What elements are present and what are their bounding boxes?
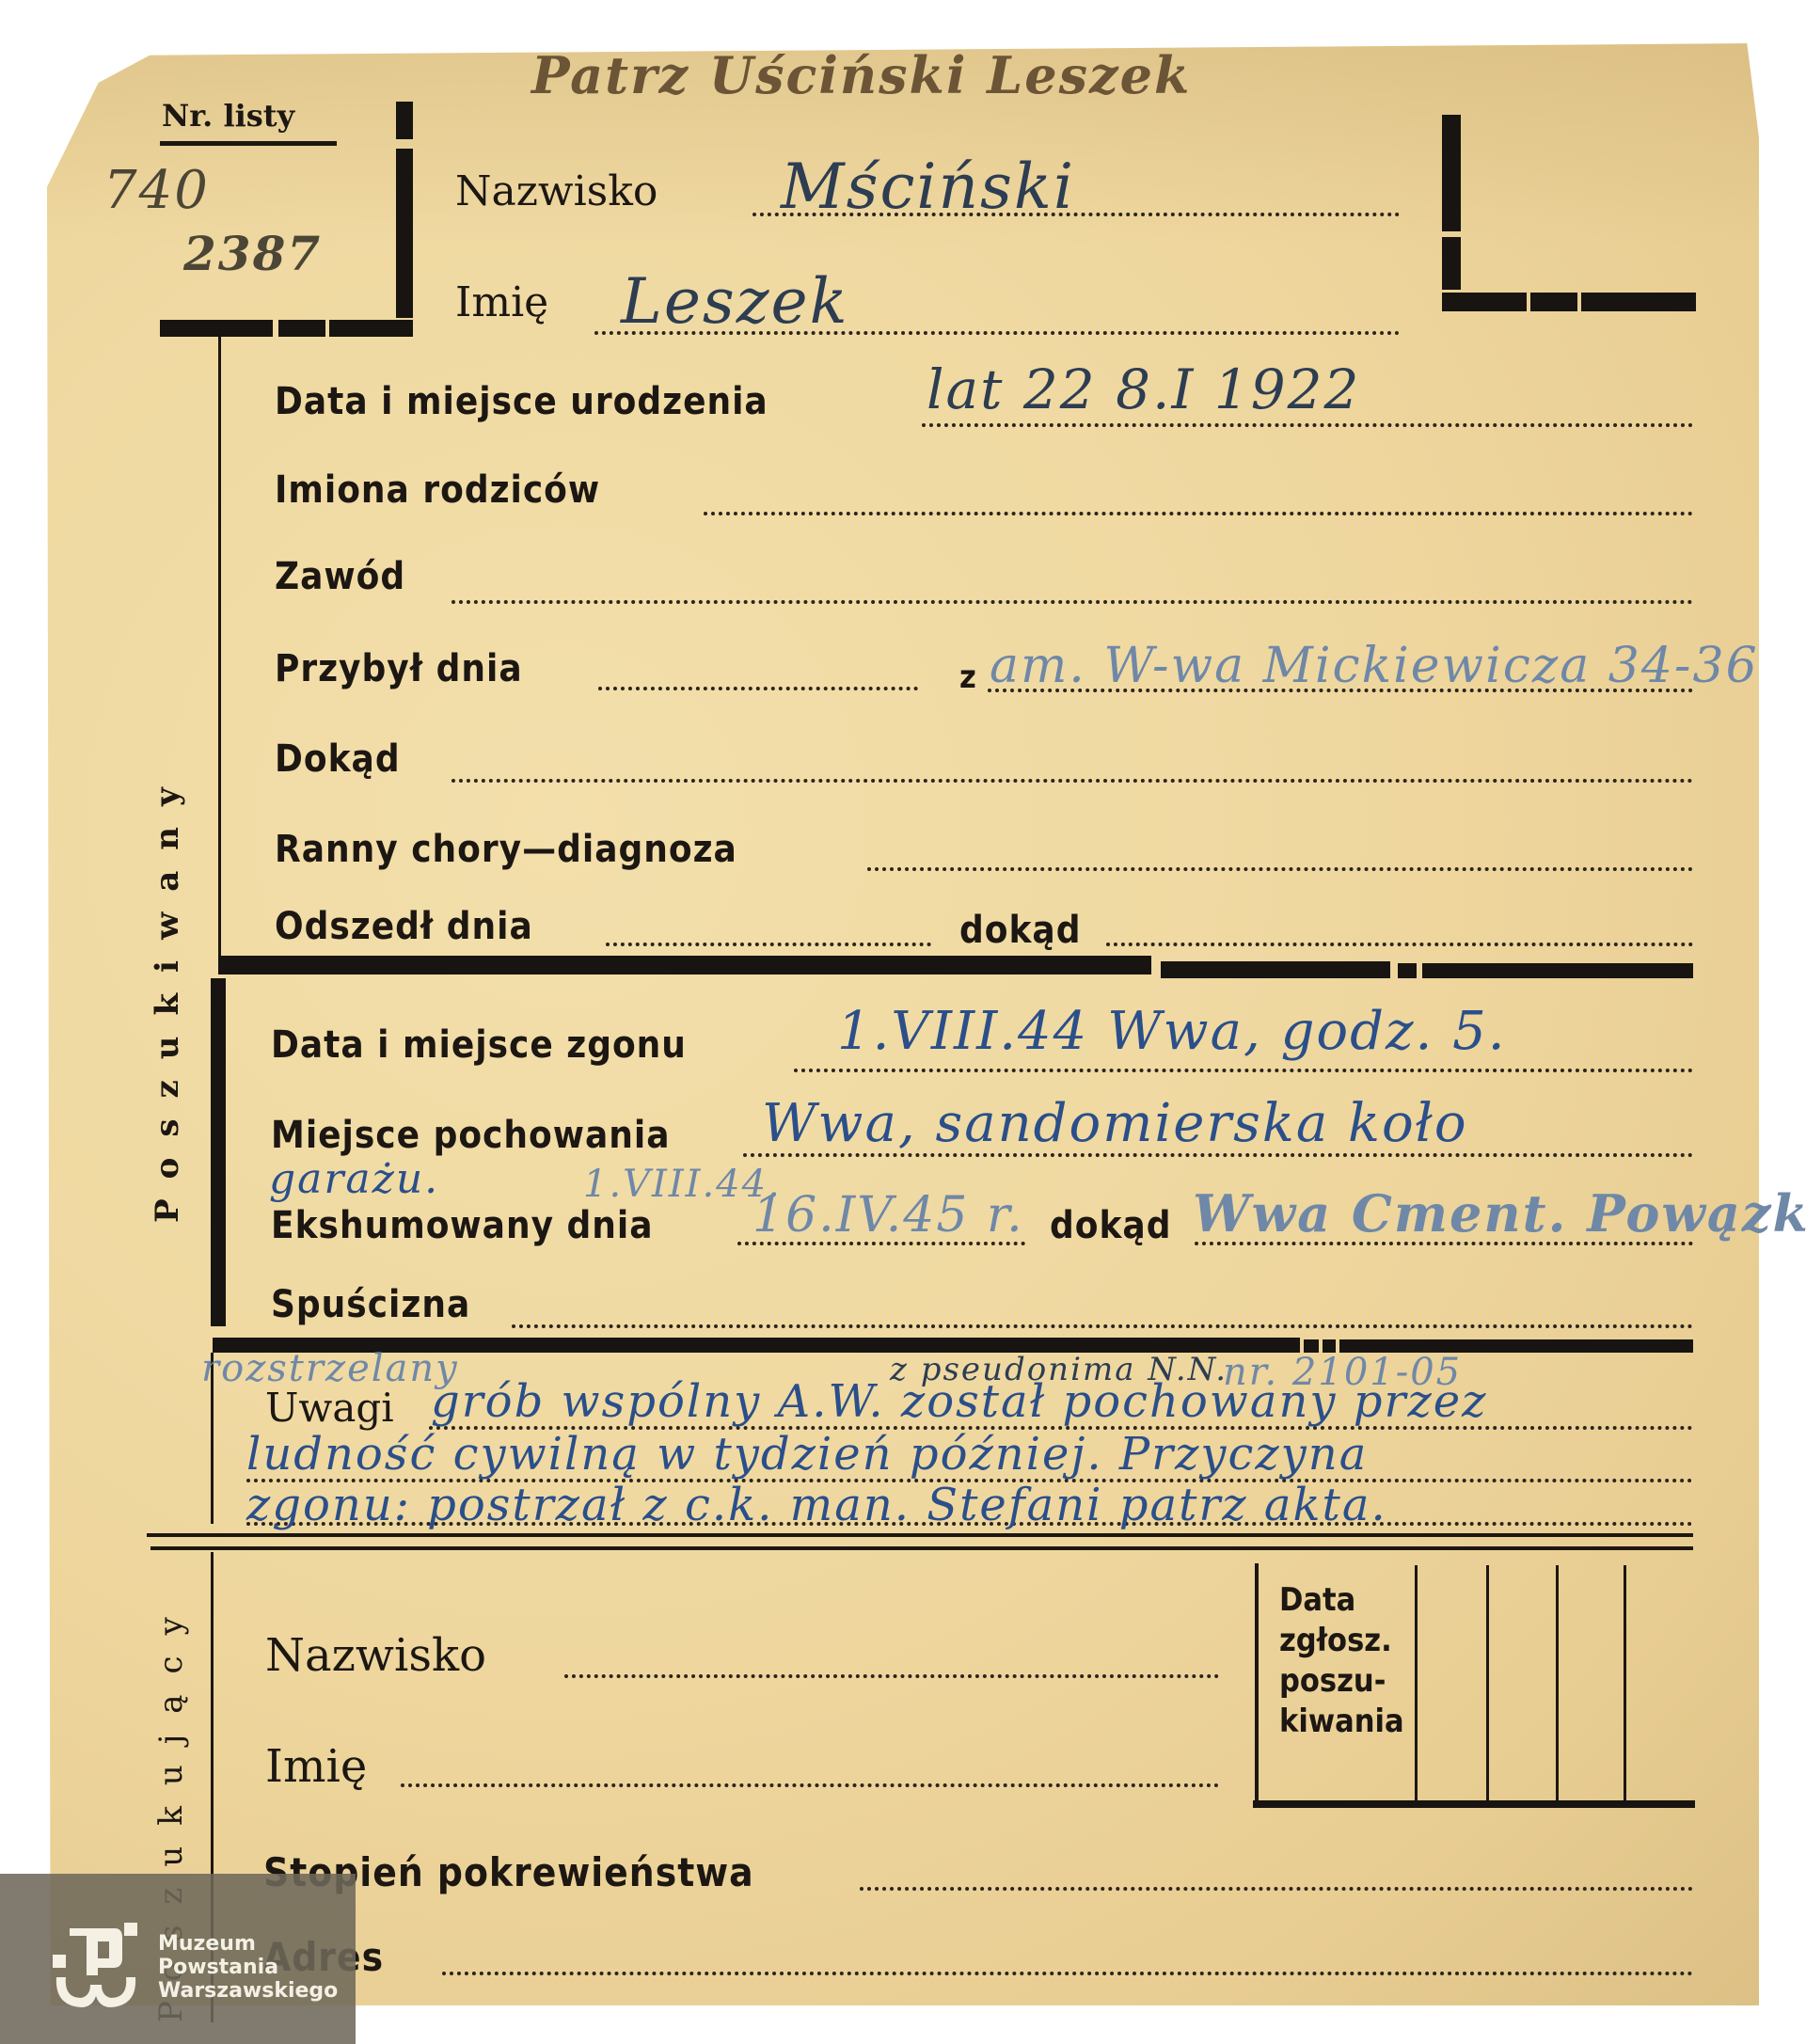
section-divider (1422, 963, 1693, 978)
museum-name: Muzeum Powstania Warszawskiego (158, 1932, 338, 2003)
arrived-from-label: z (959, 658, 977, 696)
section-rule-thick (211, 978, 226, 1326)
exhumed-label: Ekshumowany dnia (271, 1204, 654, 1247)
double-rule (150, 1546, 1693, 1550)
bracket-bar (1530, 293, 1577, 311)
bracket-bar (278, 320, 325, 337)
side-label-sought: Poszukiwany (149, 767, 186, 1223)
museum-watermark: Muzeum Powstania Warszawskiego (0, 1874, 356, 2044)
death-date-value[interactable]: 1.VIII.44 Wwa, godz. 5. (837, 1001, 1507, 1062)
requester-surname-line (564, 1674, 1219, 1678)
section-divider (1398, 963, 1417, 978)
museum-name-line: Muzeum (158, 1932, 338, 1956)
datebox-rule (1255, 1563, 1259, 1802)
legacy-line (512, 1324, 1693, 1328)
parents-line (704, 512, 1693, 515)
list-number-value-2: 2387 (183, 226, 322, 281)
bracket-bar (160, 320, 273, 337)
surname-value[interactable]: Mściński (781, 151, 1075, 223)
birth-value[interactable]: lat 22 8.I 1922 (927, 357, 1360, 421)
requester-address-line (442, 1972, 1693, 1975)
bracket-bar (1442, 293, 1527, 311)
requester-first-name-label: Imię (265, 1740, 367, 1793)
first-name-value[interactable]: Leszek (621, 265, 849, 338)
datebox-bottom (1253, 1800, 1695, 1808)
destination-label: Dokąd (275, 737, 401, 781)
bracket-bar (1581, 293, 1696, 311)
departed-to-line (1106, 943, 1693, 946)
museum-name-line: Powstania (158, 1956, 338, 1979)
double-rule (147, 1533, 1693, 1537)
bracket-bar (329, 320, 413, 337)
burial-label: Miejsce pochowania (271, 1114, 670, 1157)
datebox-label: Data zgłosz. poszu- kiwania (1279, 1580, 1420, 1742)
top-annotation: Patrz Uściński Leszek (531, 45, 1191, 105)
death-date-label: Data i miejsce zgonu (271, 1023, 687, 1067)
bracket-bar (1442, 237, 1461, 290)
datebox-label-line: zgłosz. (1279, 1621, 1420, 1661)
exhumed-value[interactable]: 16.IV.45 r. (752, 1187, 1024, 1244)
arrived-from-value[interactable]: am. W-wa Mickiewicza 34-36 (990, 638, 1759, 694)
list-number-value-1: 740 (103, 160, 210, 221)
remarks-label: Uwagi (265, 1385, 394, 1431)
datebox-label-line: poszu- (1279, 1661, 1420, 1702)
datebox-label-line: kiwania (1279, 1702, 1420, 1742)
section-divider (1161, 961, 1390, 978)
first-name-label: Imię (455, 278, 548, 326)
bracket-bar (1442, 115, 1461, 231)
requester-relation-line (860, 1887, 1693, 1891)
remarks-line-3[interactable]: zgonu: postrzał z c.k. man. Stefani patr… (246, 1479, 1387, 1531)
datebox-rule (1486, 1565, 1489, 1802)
list-number-label: Nr. listy (162, 98, 294, 134)
requester-first-name-line (401, 1783, 1219, 1787)
birth-line (922, 423, 1693, 427)
departed-line (606, 943, 931, 946)
datebox-rule (1556, 1565, 1559, 1802)
occupation-label: Zawód (275, 555, 405, 598)
section-rule (218, 337, 221, 958)
surname-label: Nazwisko (455, 167, 657, 215)
requester-surname-label: Nazwisko (265, 1629, 486, 1682)
remarks-line-2[interactable]: ludność cywilną w tydzień później. Przyc… (246, 1428, 1368, 1481)
bracket-bar (396, 149, 413, 318)
death-date-line (794, 1069, 1693, 1072)
kotwica-anchor-icon (49, 1919, 143, 2013)
wounded-line (867, 867, 1693, 871)
departed-label: Odszedł dnia (275, 905, 533, 948)
occupation-line (451, 600, 1693, 604)
list-number-underline (160, 141, 337, 146)
wounded-label: Ranny chory—diagnoza (275, 828, 737, 871)
section-divider (218, 956, 1151, 974)
legacy-label: Spuścizna (271, 1283, 470, 1326)
burial-value[interactable]: Wwa, sandomierska koło (762, 1093, 1468, 1154)
parents-label: Imiona rodziców (275, 468, 600, 512)
datebox-rule (1624, 1565, 1626, 1802)
destination-line (451, 779, 1693, 783)
exhumed-to-value[interactable]: Wwa Cment. Powązki (1193, 1183, 1806, 1244)
remarks-line-1[interactable]: grób wspólny A.W. został pochowany przez (431, 1375, 1487, 1428)
departed-to-label: dokąd (959, 909, 1081, 952)
burial-continuation[interactable]: garażu. (269, 1155, 439, 1203)
bracket-bar (396, 102, 413, 139)
birth-label: Data i miejsce urodzenia (275, 380, 768, 423)
arrived-label: Przybył dnia (275, 647, 523, 690)
arrived-line (598, 687, 918, 690)
exhumed-to-label: dokąd (1050, 1204, 1171, 1247)
datebox-label-line: Data (1279, 1580, 1420, 1621)
museum-name-line: Warszawskiego (158, 1979, 338, 2003)
